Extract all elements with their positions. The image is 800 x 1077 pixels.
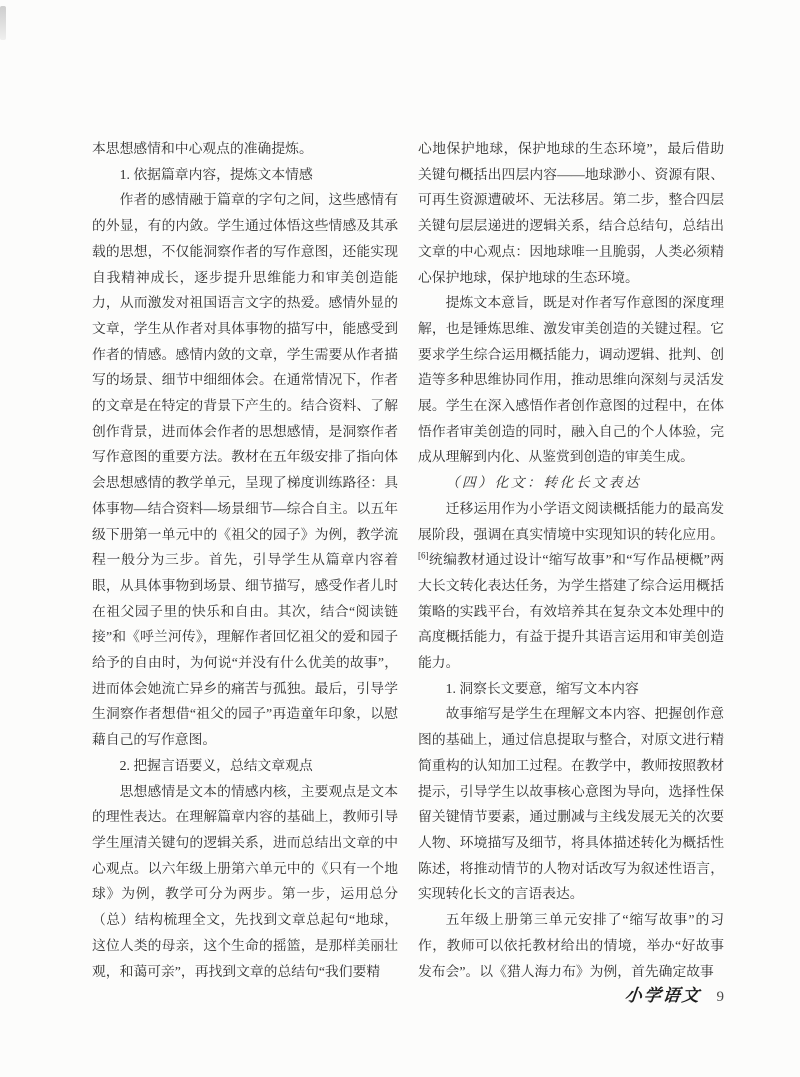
paragraph-with-citation: 迁移运用作为小学语文阅读概括能力的最高发展阶段，强调在真实情境中实现知识的转化应… [418,496,724,676]
paragraph-condense-body: 故事缩写是学生在理解文本内容、把握创作意图的基础上，通过信息提取与整合，对原文进… [418,701,724,907]
page-footer: 小学语文 9 [625,981,725,1006]
subheading-summarize-viewpoint: 2. 把握言语要义，总结文章观点 [92,753,398,779]
subheading-condense-text: 1. 洞察长文要意，缩写文本内容 [418,676,724,702]
scan-edge-artifact [0,6,6,40]
citation-pre-text: 迁移运用作为小学语文阅读概括能力的最高发展阶段，强调在真实情境中实现知识的转化应… [418,501,724,542]
right-column: 心地保护地球，保护地球的生态环境”，最后借助关键句概括出四层内容——地球渺小、资… [418,136,724,984]
paragraph-continuation: 心地保护地球，保护地球的生态环境”，最后借助关键句概括出四层内容——地球渺小、资… [418,136,724,290]
citation-marker: [6] [418,551,429,561]
subheading-extract-emotion: 1. 依据篇章内容，提炼文本情感 [92,162,398,188]
two-column-text-area: 本思想感情和中心观点的准确提炼。 1. 依据篇章内容，提炼文本情感 作者的感情融… [92,136,724,984]
paragraph-refine-intent: 提炼文本意旨，既是对作者写作意图的深度理解，也是锤炼思维、激发审美创造的关键过程… [418,290,724,470]
left-column: 本思想感情和中心观点的准确提炼。 1. 依据篇章内容，提炼文本情感 作者的感情融… [92,136,398,984]
paragraph-viewpoint-body: 思想感情是文本的情感内核，主要观点是文本的理性表达。在理解篇章内容的基础上，教师… [92,779,398,985]
section-heading-huawen: （四）化文：转化长文表达 [418,470,724,496]
journal-logo: 小学语文 [623,981,702,1006]
paragraph-emotion-body: 作者的感情融于篇章的字句之间，这些感情有的外显，有的内敛。学生通过体悟这些情感及… [92,187,398,752]
page-number: 9 [717,989,725,1006]
paragraph-continuation: 本思想感情和中心观点的准确提炼。 [92,136,398,162]
citation-post-text: 统编教材通过设计“缩写故事”和“写作品梗概”两大长文转化表达任务，为学生搭建了综… [418,552,724,670]
paragraph-unit-example: 五年级上册第三单元安排了“缩写故事”的习作，教师可以依托教材给出的情境，举办“好… [418,907,724,984]
document-page: 本思想感情和中心观点的准确提炼。 1. 依据篇章内容，提炼文本情感 作者的感情融… [0,0,800,1077]
